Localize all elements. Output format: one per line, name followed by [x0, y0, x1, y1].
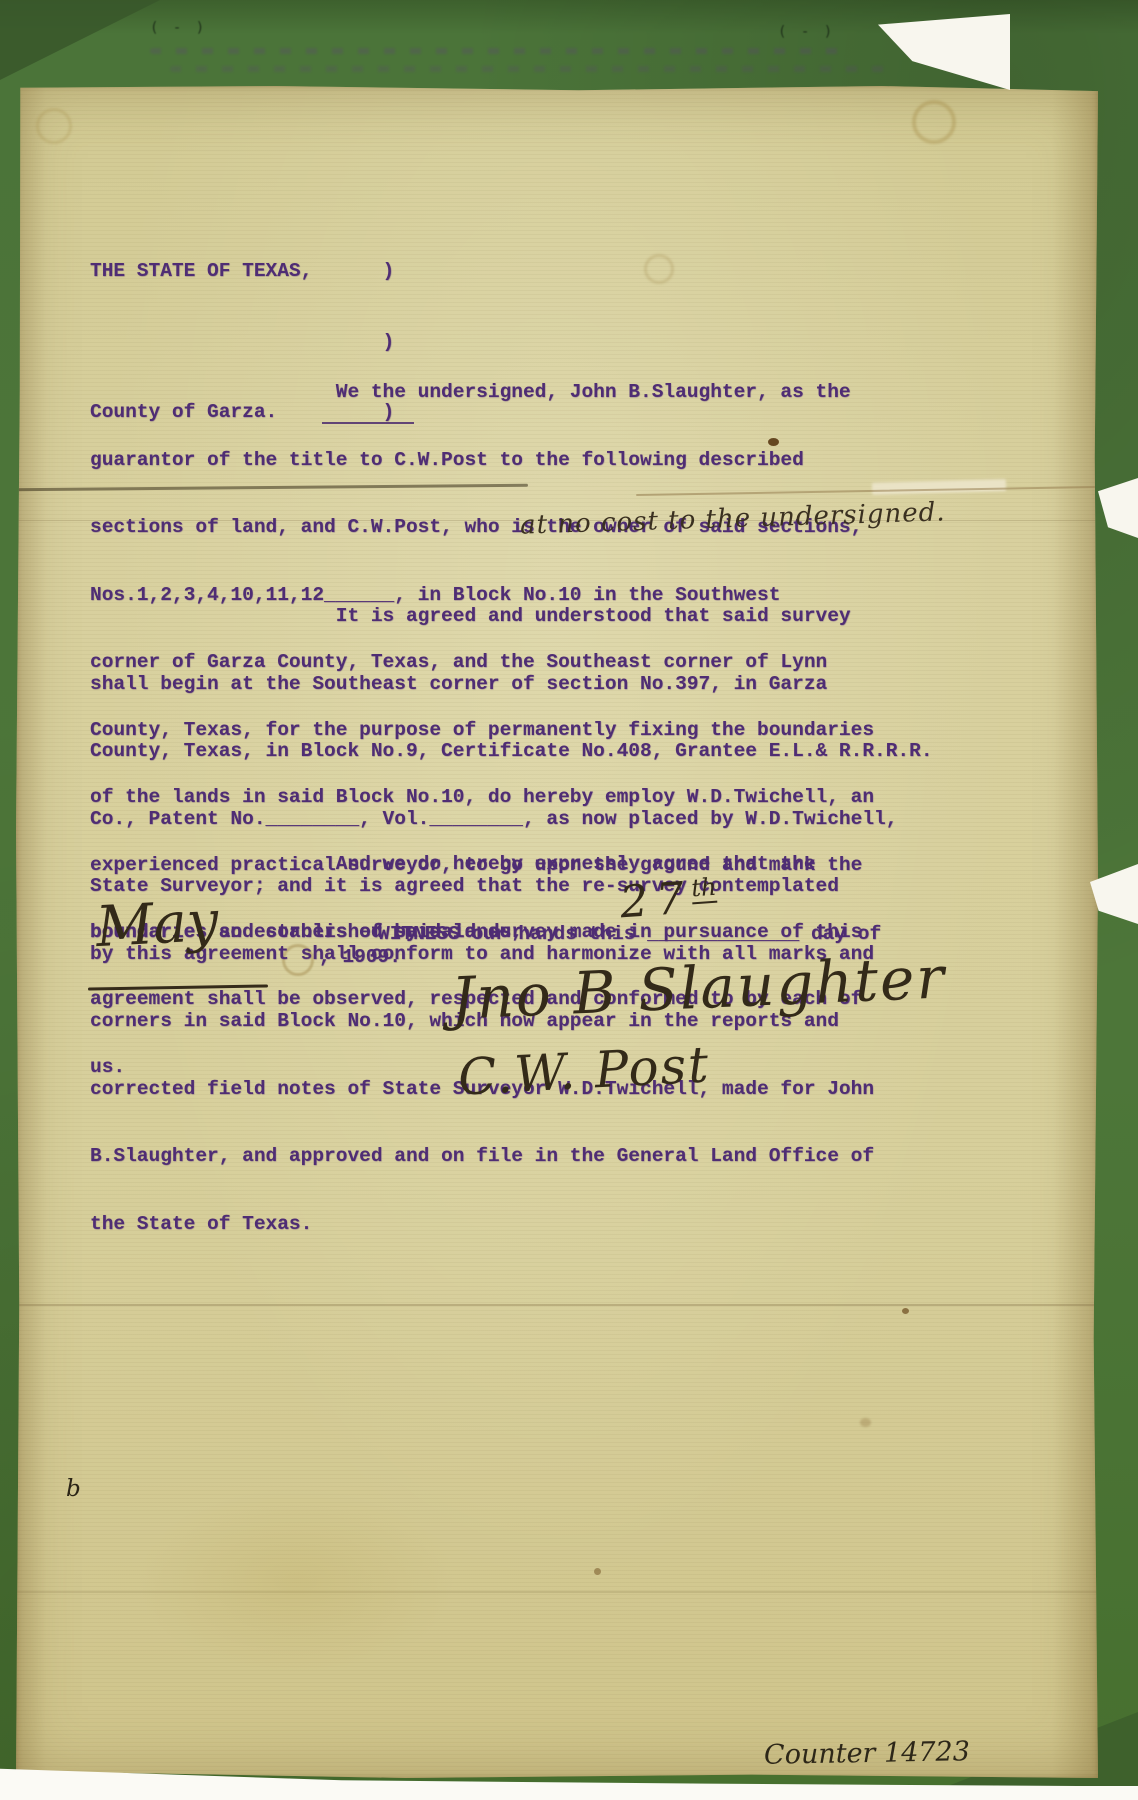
stain-spot — [902, 1308, 909, 1314]
ghost-type-smudge — [150, 48, 850, 54]
ghost-type-smudge — [170, 66, 890, 72]
day-number: 27 — [618, 872, 693, 928]
typed-line: County, Texas, in Block No.9, Certificat… — [90, 740, 933, 763]
witness-month-handwritten: May — [94, 889, 220, 960]
stain-spot — [594, 1568, 601, 1575]
witness-day-handwritten: 27th — [618, 871, 718, 929]
counter-annotation: Counter 14723 — [764, 1736, 970, 1771]
typed-line: the State of Texas. — [90, 1213, 933, 1236]
day-suffix: th — [690, 873, 717, 905]
document-paper: THE STATE OF TEXAS, ) ) County of Garza.… — [16, 86, 1098, 1778]
typed-line: It is agreed and understood that said su… — [90, 605, 933, 628]
margin-pen-mark: b — [66, 1476, 81, 1502]
mat-shadow-top-left — [0, 0, 160, 80]
stain-blotch — [136, 1486, 456, 1676]
hand-underline-sections — [322, 422, 414, 424]
mat-pencil-mark-left: ( - ) — [150, 20, 207, 36]
stain-spot — [860, 1418, 871, 1427]
typed-line: guarantor of the title to C.W.Post to th… — [90, 449, 874, 472]
typed-line: shall begin at the Southeast corner of s… — [90, 673, 933, 696]
caption-line: THE STATE OF TEXAS, ) — [90, 260, 394, 284]
typed-line: We the undersigned, John B.Slaughter, as… — [90, 381, 874, 404]
stain-ring — [36, 108, 72, 144]
stain-ring — [912, 100, 956, 144]
witness-year-typed: , 1909. — [319, 946, 401, 969]
fold-crease-middle — [16, 1304, 1098, 1306]
typed-line: And we do hereby expressly agree that th… — [90, 853, 862, 876]
stain-ring — [644, 254, 674, 284]
document-scan: ( - ) ( - ) THE STATE OF TEXAS, ) ) Coun — [0, 0, 1138, 1800]
typed-line: B.Slaughter, and approved and on file in… — [90, 1145, 933, 1168]
mat-pencil-mark-right: ( - ) — [778, 24, 835, 40]
